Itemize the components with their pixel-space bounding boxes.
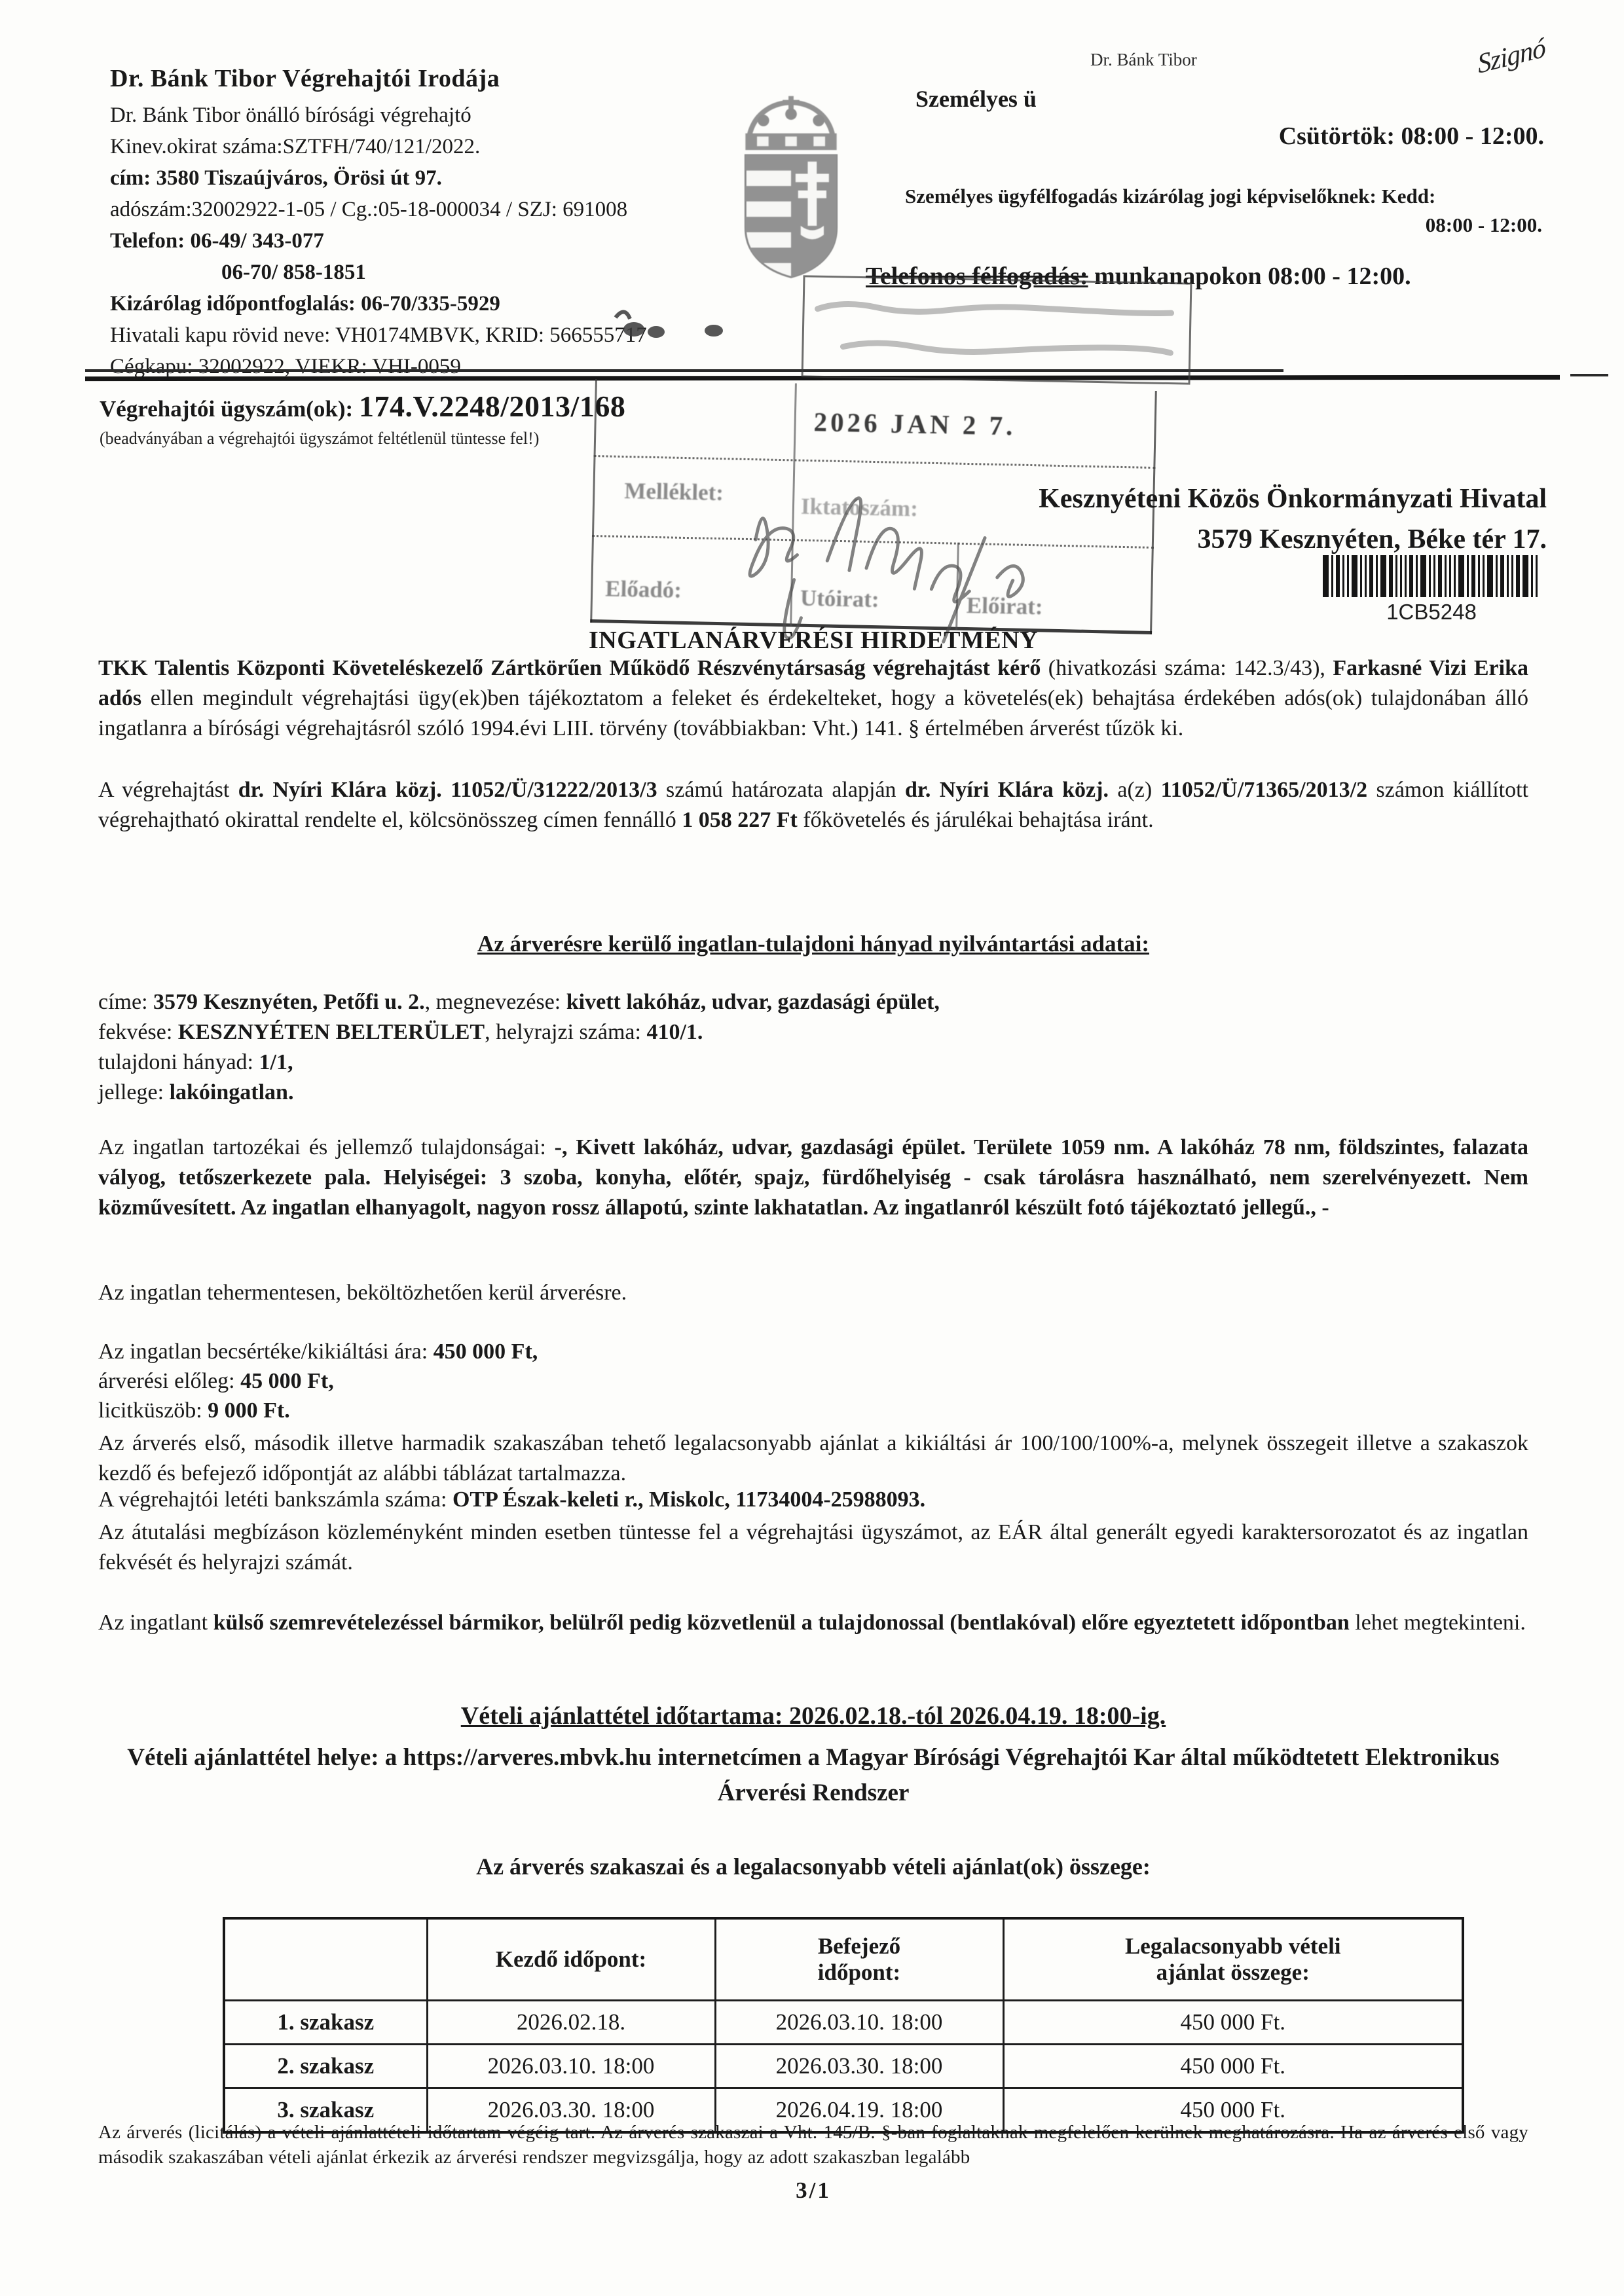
text-segment: lehet megtekinteni. (1350, 1611, 1526, 1635)
property-line-location: fekvése: KESZNYÉTEN BELTERÜLET, helyrajz… (98, 1017, 1528, 1048)
barcode (1323, 555, 1540, 597)
text-segment: címe: (98, 990, 153, 1014)
table-cell: 450 000 Ft. (1003, 2001, 1463, 2045)
text-segment: (hivatkozási száma: 142.3/43), (1041, 656, 1333, 680)
price-line-estimate: Az ingatlan becsértéke/kikiáltási ára: 4… (98, 1339, 1528, 1364)
stamp-field-eloado: Előadó: (605, 575, 682, 603)
text-segment: TKK Talentis Központi Követeléskezelő Zá… (98, 656, 1041, 680)
text-segment: 450 000 Ft, (434, 1339, 538, 1364)
case-number-line: Végrehajtói ügyszám(ok): 174.V.2248/2013… (100, 389, 625, 424)
table-cell: 2026.03.10. 18:00 (715, 2001, 1003, 2045)
text-segment: Telefon: 06-49/ 343-077 (110, 229, 324, 253)
text-segment: a(z) (1109, 778, 1161, 802)
text-segment: Kizárólag időpontfoglalás: 06-70/335-592… (110, 292, 500, 316)
recipient-name: Kesznyéteni Közös Önkormányzati Hivatal (974, 483, 1547, 515)
table-cell: 2026.03.10. 18:00 (427, 2045, 715, 2088)
table-header-min-bid: Legalacsonyabb vételi ajánlat összege: (1003, 1918, 1463, 2001)
table-cell: 2. szakasz (224, 2045, 427, 2088)
legal-rep-hours-line1: Személyes ügyfélfogadás kizárólag jogi k… (905, 185, 1435, 208)
table-cell: 1. szakasz (224, 2001, 427, 2045)
unencumbered-line: Az ingatlan tehermentesen, beköltözhetőe… (98, 1281, 1528, 1305)
text-segment: tulajdoni hányad: (98, 1050, 259, 1074)
text-segment: Dr. Bánk Tibor önálló bírósági végrehajt… (110, 103, 471, 127)
text-segment: lakóingatlan. (170, 1080, 294, 1104)
auction-table-wrap: Kezdő időpont: Befejező időpont: Legalac… (223, 1917, 1464, 2134)
text-segment: 3579 Kesznyéten, Petőfi u. 2. (153, 990, 425, 1014)
stamp-date: 2026 JAN 2 7. (813, 406, 1016, 441)
property-line-address: címe: 3579 Kesznyéten, Petőfi u. 2., meg… (98, 987, 1528, 1017)
text-segment: 410/1. (646, 1020, 703, 1044)
auction-table-body: 1. szakasz2026.02.18.2026.03.10. 18:0045… (224, 2001, 1463, 2133)
text-segment (442, 778, 451, 802)
text-segment: A végrehajtást (98, 778, 238, 802)
paragraph-creditor-debtor: TKK Talentis Központi Követeléskezelő Zá… (98, 653, 1528, 744)
text-segment: 11052/Ü/71365/2013/2 (1161, 778, 1367, 802)
table-header-blank (224, 1918, 427, 2001)
stamp-field-melleklet: Melléklet: (624, 478, 724, 506)
signature-handwriting: Szignó (1476, 32, 1547, 81)
text-segment: adószám:32002922-1-05 / Cg.:05-18-000034… (110, 198, 627, 221)
bid-place-line: Vételi ajánlattétel helye: a https://arv… (98, 1740, 1528, 1811)
paragraph-auction-stages: Az árverés első, második illetve harmadi… (98, 1429, 1528, 1489)
stamp-fragment (802, 275, 1192, 384)
text-segment: 1/1, (259, 1050, 293, 1074)
office-name: Dr. Bánk Tibor Végrehajtói Irodája (110, 63, 765, 94)
text-segment: 1 058 227 Ft (682, 808, 798, 832)
price-line-bid-step: licitküszöb: 9 000 Ft. (98, 1398, 1528, 1423)
text-segment: külső szemrevételezéssel bármikor, belül… (213, 1611, 1350, 1635)
thursday-hours: Csütörtök: 08:00 - 12:00. (1279, 122, 1544, 151)
table-header-row: Kezdő időpont: Befejező időpont: Legalac… (224, 1918, 1463, 2001)
property-line-type: jellege: lakóingatlan. (98, 1078, 1528, 1108)
text-segment: Kinev.okirat száma:SZTFH/740/121/2022. (110, 135, 480, 158)
clerk-name: Dr. Bánk Tibor (1090, 50, 1197, 70)
auction-table: Kezdő időpont: Befejező időpont: Legalac… (223, 1917, 1464, 2134)
text-segment: 06-70/ 858-1851 (221, 261, 366, 284)
text-segment: OTP Észak-keleti r., Miskolc, 11734004-2… (452, 1487, 925, 1512)
text-segment: , megnevezése: (425, 990, 566, 1014)
case-number-note: (beadványában a végrehajtói ügyszámot fe… (100, 429, 539, 448)
divider-line-dash (1570, 374, 1608, 376)
section-heading-property-data: Az árverésre kerülő ingatlan-tulajdoni h… (98, 931, 1528, 957)
text-segment: Az ingatlan becsértéke/kikiáltási ára: (98, 1339, 434, 1364)
footer-paragraph: Az árverés (licitálás) a vételi ajánlatt… (98, 2120, 1528, 2170)
text-segment: jellege: (98, 1080, 170, 1104)
text-segment: Vételi ajánlattétel időtartama: 2026.02.… (461, 1702, 1166, 1730)
text-segment: 45 000 Ft, (240, 1369, 334, 1393)
table-row: 1. szakasz2026.02.18.2026.03.10. 18:0045… (224, 2001, 1463, 2045)
office-line-phone1: Telefon: 06-49/ 343-077 (110, 225, 765, 257)
text-segment: árverési előleg: (98, 1369, 240, 1393)
case-number-label: Végrehajtói ügyszám(ok): (100, 396, 359, 422)
text-segment: kivett lakóház, udvar, gazdasági épület, (566, 990, 940, 1014)
text-segment: , helyrajzi száma: (485, 1020, 646, 1044)
text-segment: 11052/Ü/31222/2013/3 (451, 778, 657, 802)
text-segment: főkövetelés és járulékai behajtása iránt… (798, 808, 1154, 832)
text-segment: cím: 3580 Tiszaújváros, Örösi út 97. (110, 166, 442, 190)
text-segment: A végrehajtói letéti bankszámla száma: (98, 1487, 452, 1512)
legal-rep-hours-line2: 08:00 - 12:00. (1426, 213, 1542, 237)
office-line-appointment-doc: Kinev.okirat száma:SZTFH/740/121/2022. (110, 131, 765, 162)
text-segment: licitküszöb: (98, 1398, 208, 1423)
auction-table-head: Kezdő időpont: Befejező időpont: Legalac… (224, 1918, 1463, 2001)
text-segment: Az ingatlan tartozékai és jellemző tulaj… (98, 1135, 555, 1159)
text-segment: KESZNYÉTEN BELTERÜLET (178, 1020, 485, 1044)
table-header-end: Befejező időpont: (715, 1918, 1003, 2001)
text-segment: Az ingatlant (98, 1611, 213, 1635)
paragraph-enforcement-order: A végrehajtást dr. Nyíri Klára közj. 110… (98, 775, 1528, 835)
table-row: 2. szakasz2026.03.10. 18:002026.03.30. 1… (224, 2045, 1463, 2088)
office-line-address: cím: 3580 Tiszaújváros, Örösi út 97. (110, 162, 765, 194)
handwriting-blobs (609, 298, 779, 357)
table-cell: 2026.03.30. 18:00 (715, 2045, 1003, 2088)
table-cell: 2026.02.18. (427, 2001, 715, 2045)
text-segment: 9 000 Ft. (208, 1398, 290, 1423)
document-page: Dr. Bánk Tibor Végrehajtói Irodája Dr. B… (0, 0, 1624, 2296)
price-line-deposit: árverési előleg: 45 000 Ft, (98, 1369, 1528, 1394)
property-line-ownership: tulajdoni hányad: 1/1, (98, 1048, 1528, 1078)
text-segment: dr. Nyíri Klára közj. (238, 778, 442, 802)
paragraph-viewing: Az ingatlant külső szemrevételezéssel bá… (98, 1608, 1528, 1638)
office-line-taxnum: adószám:32002922-1-05 / Cg.:05-18-000034… (110, 194, 765, 225)
page-number: 3/1 (98, 2178, 1528, 2204)
bank-account-line: A végrehajtói letéti bankszámla száma: O… (98, 1487, 1528, 1512)
hungarian-coat-of-arms-icon (724, 96, 858, 283)
text-segment: dr. Nyíri Klára közj. (905, 778, 1109, 802)
text-segment: fekvése: (98, 1020, 178, 1044)
table-cell: 450 000 Ft. (1003, 2045, 1463, 2088)
case-number-value: 174.V.2248/2013/168 (359, 390, 625, 423)
document-title: INGATLANÁRVERÉSI HIRDETMÉNY (98, 626, 1528, 655)
text-segment: Cégkapu: 32002922, VIEKR: VHI-0059 (110, 355, 461, 378)
personal-hours-label: Személyes ü (915, 85, 1037, 113)
paragraph-transfer-reference: Az átutalási megbízáson közleményként mi… (98, 1518, 1528, 1578)
barcode-label: 1CB5248 (1323, 600, 1540, 625)
table-header-start: Kezdő időpont: (427, 1918, 715, 2001)
text-segment: ellen megindult végrehajtási ügy(ek)ben … (98, 686, 1528, 740)
auction-table-heading: Az árverés szakaszai és a legalacsonyabb… (98, 1853, 1528, 1880)
text-segment: számú határozata alapján (657, 778, 905, 802)
bid-period-line: Vételi ajánlattétel időtartama: 2026.02.… (98, 1700, 1528, 1732)
text-segment: Hivatali kapu rövid neve: VH0174MBVK, KR… (110, 323, 647, 347)
barcode-bars (1323, 555, 1540, 566)
paragraph-property-features: Az ingatlan tartozékai és jellemző tulaj… (98, 1133, 1528, 1223)
recipient-address: 3579 Kesznyéten, Béke tér 17. (974, 524, 1547, 555)
faint-stamp-text (803, 277, 1190, 382)
office-line-phone2: 06-70/ 858-1851 (110, 257, 765, 288)
office-line-executor: Dr. Bánk Tibor önálló bírósági végrehajt… (110, 100, 765, 131)
recipient-block: Kesznyéteni Közös Önkormányzati Hivatal … (974, 483, 1547, 555)
